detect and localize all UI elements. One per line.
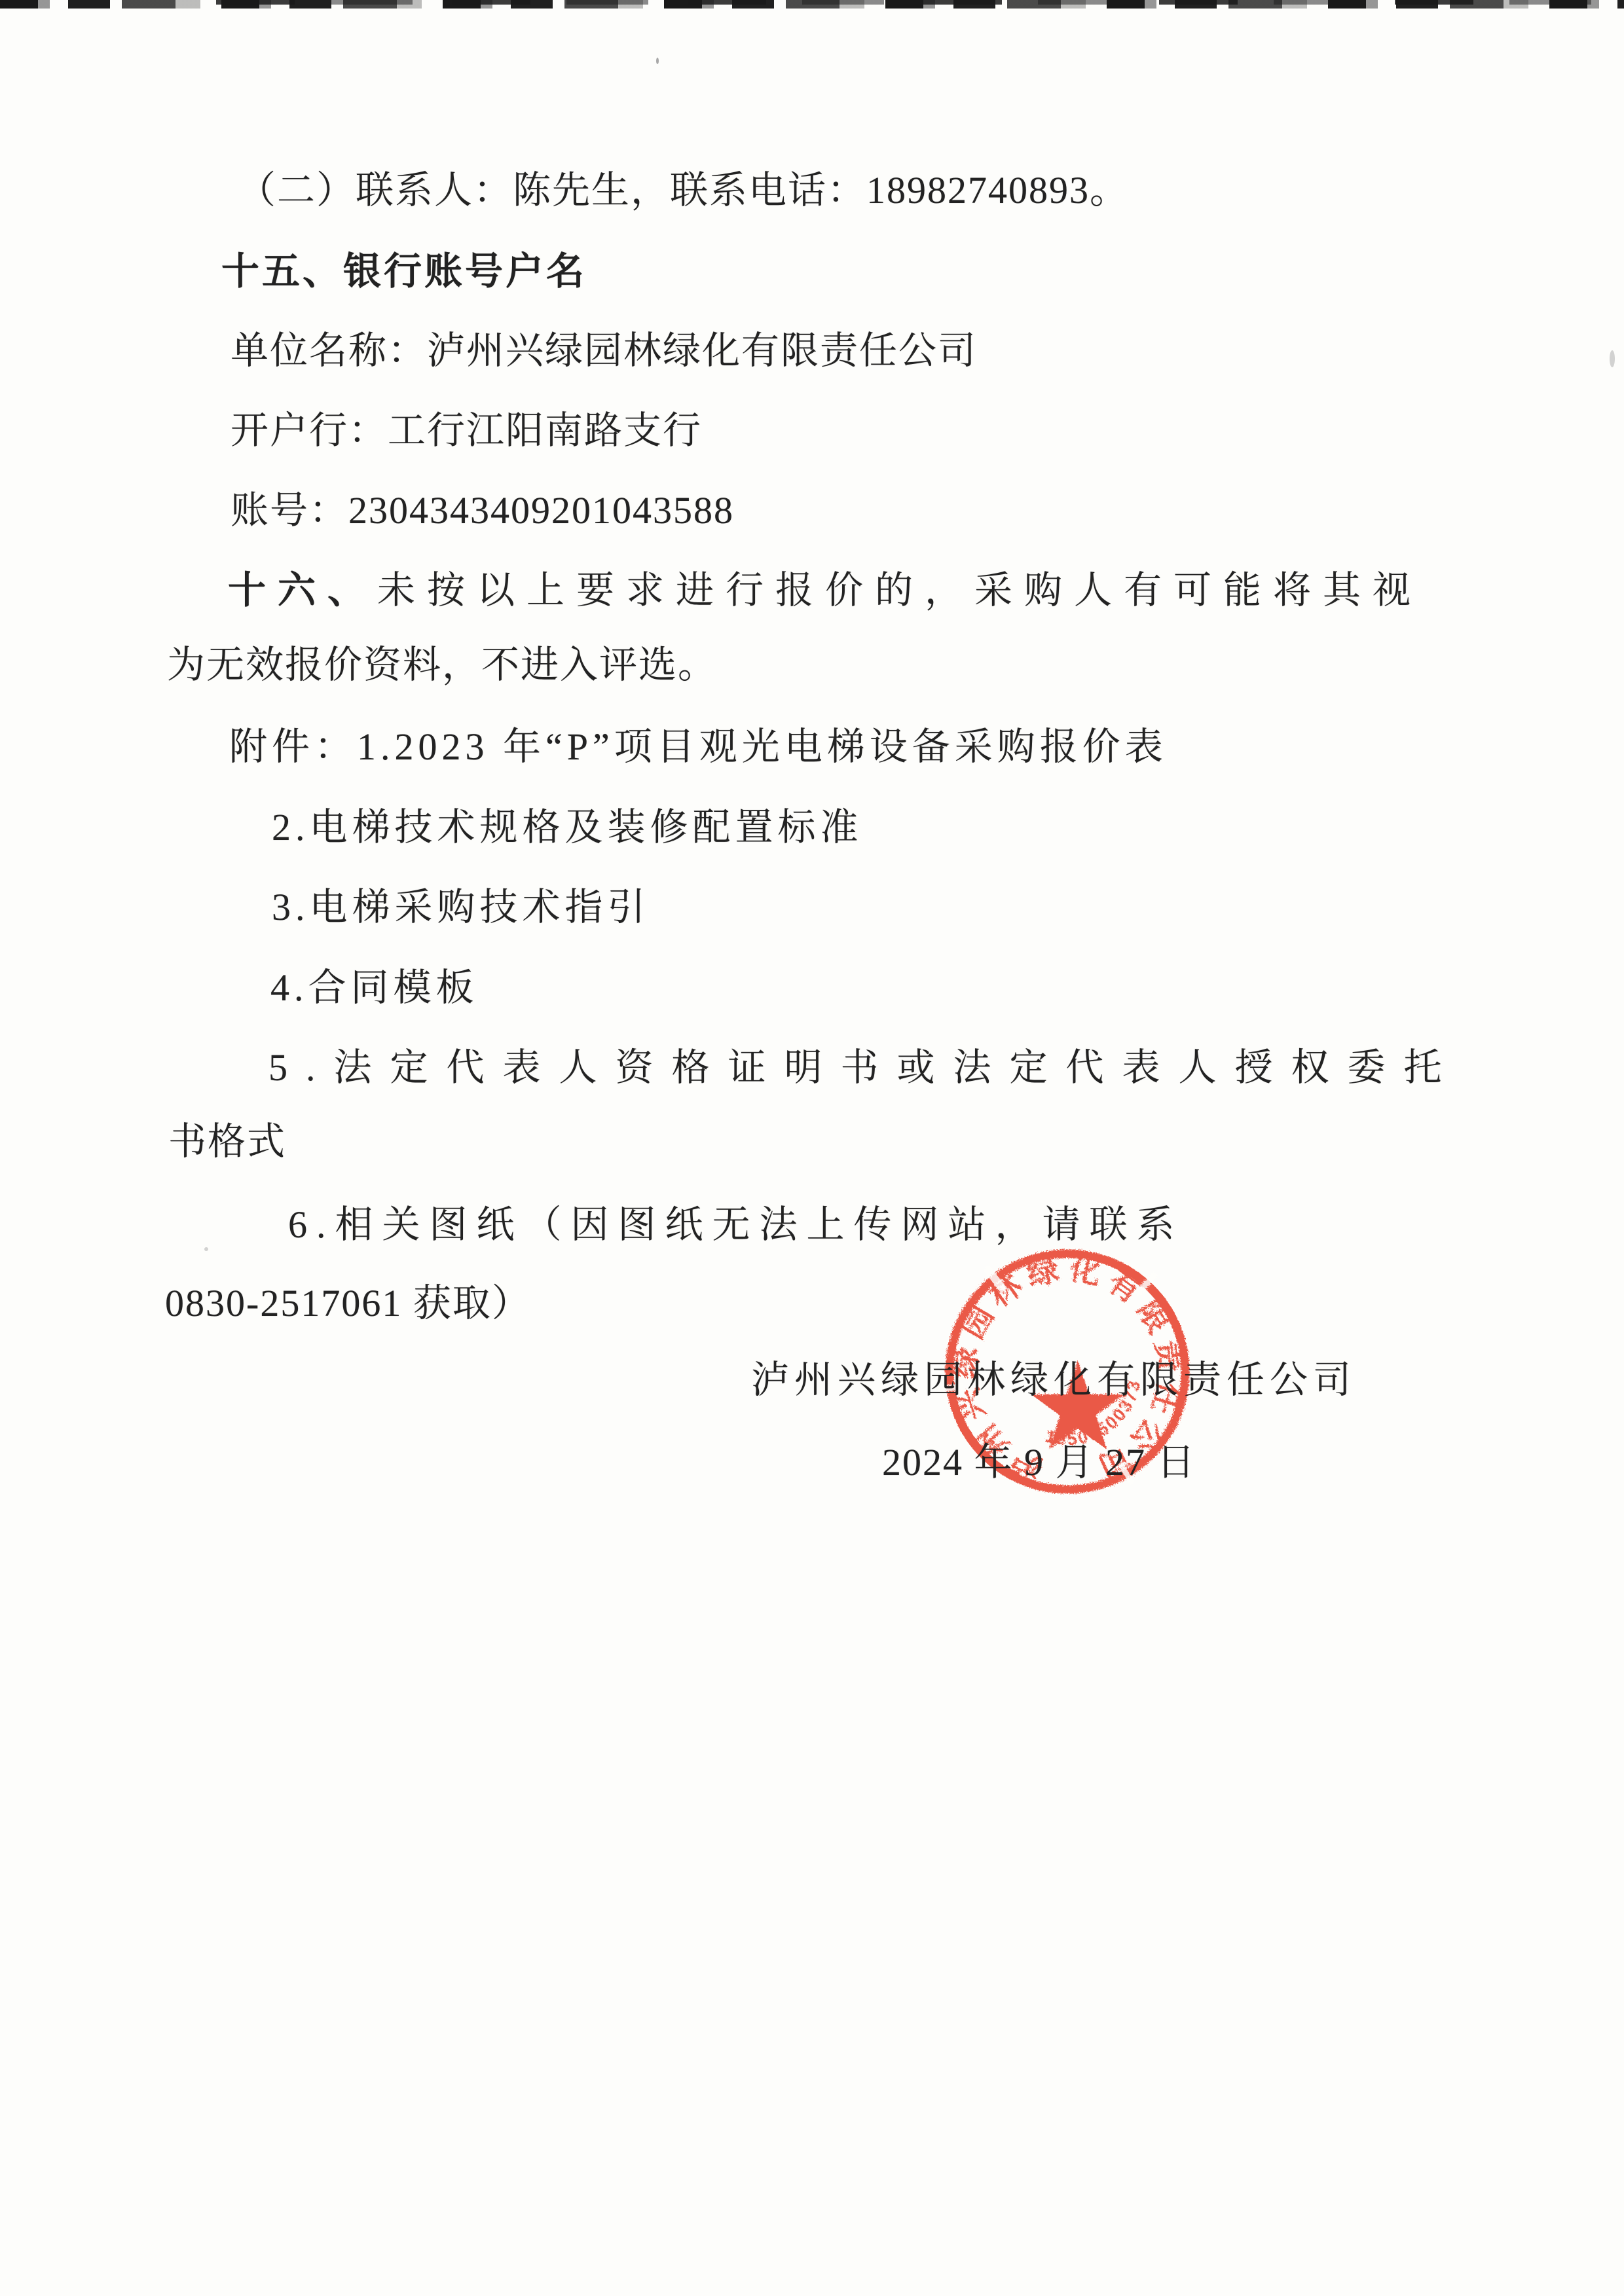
attachment-3: 3.电梯采购技术指引 (272, 886, 650, 930)
attachment-2: 2.电梯技术规格及装修配置标准 (272, 806, 863, 850)
scan-speck (204, 1247, 208, 1251)
contact-line: （二）联系人：陈先生，联系电话：18982740893。 (238, 169, 1129, 213)
scanned-document-page: （二）联系人：陈先生，联系电话：18982740893。 十五、银行账号户名 单… (0, 0, 1624, 2296)
section-16-line: 十六、未按以上要求进行报价的，采购人有可能将其视 (228, 569, 1422, 613)
bank-branch-line: 开户行：工行江阳南路支行 (231, 409, 702, 453)
scan-speck (1610, 350, 1615, 367)
section-15-heading: 十五、银行账号户名 (221, 250, 587, 294)
signature-date: 2024 年 9 月 27 日 (882, 1441, 1196, 1485)
signature-company: 泸州兴绿园林绿化有限责任公司 (751, 1358, 1356, 1402)
attachment-4: 4.合同模板 (270, 966, 479, 1010)
attachment-5: 5.法定代表人资格证明书或法定代表人授权委托 (268, 1046, 1460, 1090)
attachment-6-continuation: 0830-2517061 获取） (165, 1282, 531, 1326)
scan-artifact-top-strip-2 (216, 0, 1624, 5)
section-16-continuation: 为无效报价资料，不进入评选。 (167, 644, 717, 687)
attachments-line: 附件：1.2023 年“P”项目观光电梯设备采购报价表 (229, 725, 1168, 769)
account-number-line: 账号：2304343409201043588 (231, 489, 734, 533)
section-16-label: 十六、 (228, 569, 377, 611)
account-name-line: 单位名称：泸州兴绿园林绿化有限责任公司 (231, 329, 977, 373)
attachment-5-continuation: 书格式 (168, 1120, 286, 1164)
scan-speck (656, 58, 659, 64)
section-16-text: 未按以上要求进行报价的，采购人有可能将其视 (377, 569, 1422, 611)
